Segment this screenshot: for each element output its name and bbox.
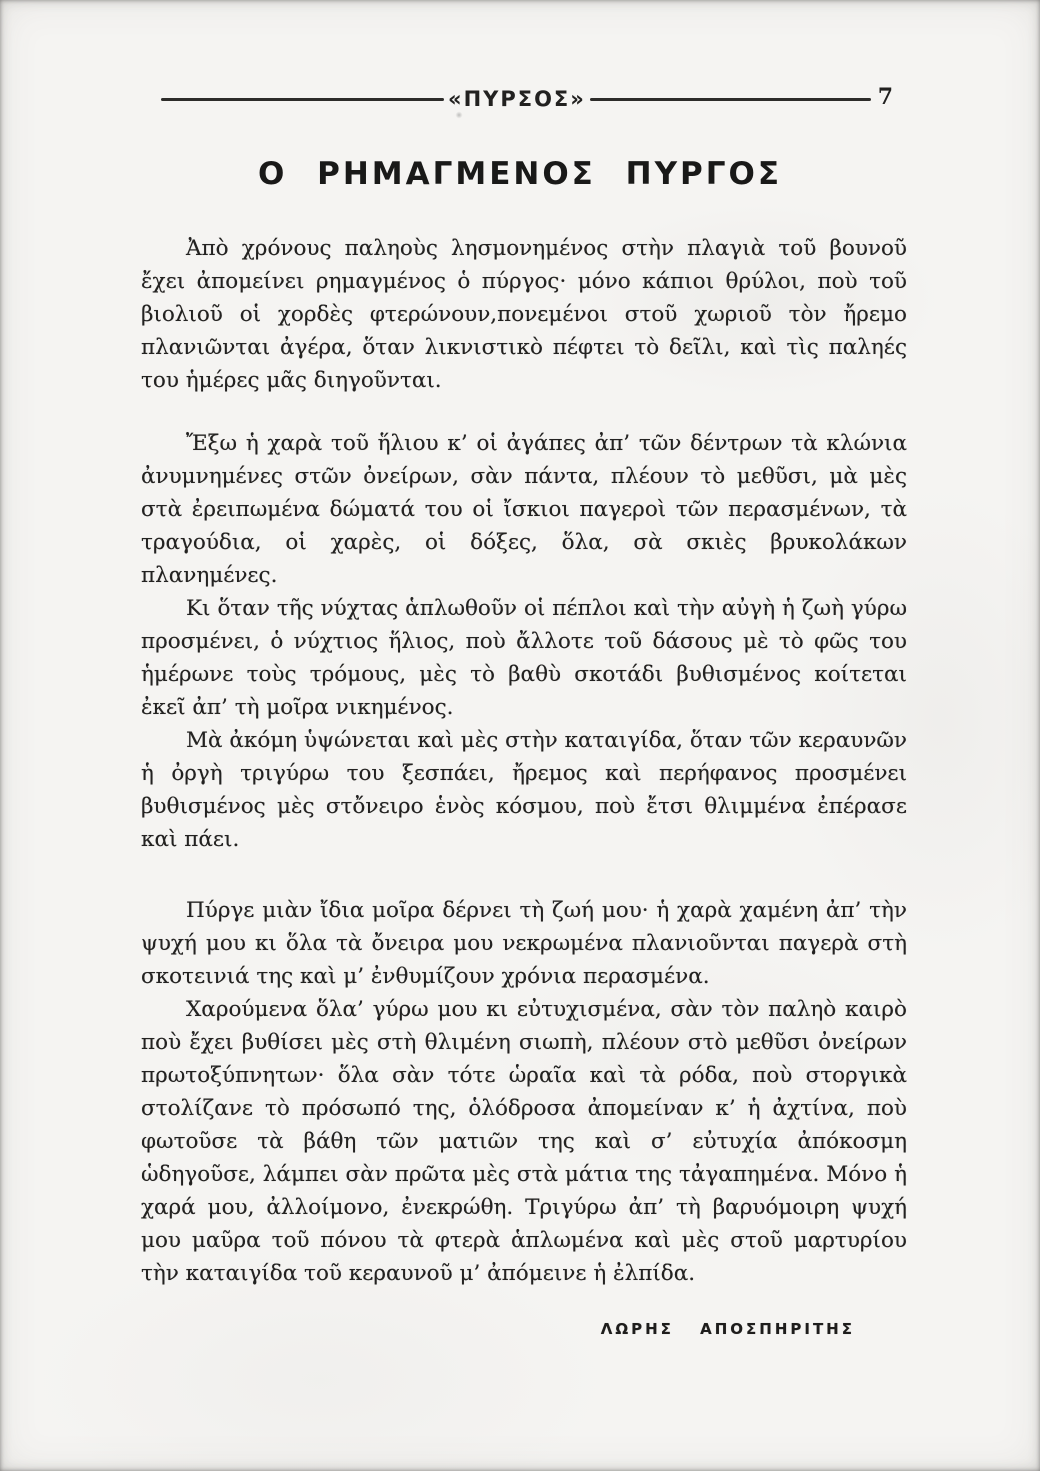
- paragraph: Ἀπὸ χρόνους παληοὺς λησμονημένος στὴν πλ…: [141, 232, 907, 397]
- paragraph: Χαρούμενα ὅλα’ γύρω μου κι εὐτυχισμένα, …: [141, 993, 907, 1290]
- header-rule-left: [161, 98, 444, 101]
- paragraph: Ἔξω ἡ χαρὰ τοῦ ἥλιου κ’ οἱ ἀγάπες ἀπ’ τῶ…: [141, 427, 907, 592]
- author-signature: ΛΩΡΗΣ ΑΠΟΣΠΗΡΙΤΗΣ: [0, 1320, 1040, 1338]
- page-number: 7: [878, 84, 893, 110]
- header-rule-right: [590, 98, 871, 101]
- page-header: «ΠΥΡΣΟΣ» 7: [0, 86, 1040, 112]
- magazine-title: «ΠΥΡΣΟΣ»: [444, 87, 590, 111]
- paragraph: Πύργε μιὰν ἴδια μοῖρα δέρνει τὴ ζωή μου·…: [141, 894, 907, 993]
- paragraph: Μὰ ἀκόμη ὑψώνεται καὶ μὲς στὴν καταιγίδα…: [141, 724, 907, 856]
- scanned-page: «ΠΥΡΣΟΣ» 7 Ο ΡΗΜΑΓΜΕΝΟΣ ΠΥΡΓΟΣ Ἀπὸ χρόνο…: [0, 0, 1040, 1471]
- paragraph: Κι ὅταν τῆς νύχτας ἁπλωθοῦν οἱ πέπλοι κα…: [141, 592, 907, 724]
- article-body: Ἀπὸ χρόνους παληοὺς λησμονημένος στὴν πλ…: [0, 232, 1040, 1290]
- article-title: Ο ΡΗΜΑΓΜΕΝΟΣ ΠΥΡΓΟΣ: [0, 156, 1040, 192]
